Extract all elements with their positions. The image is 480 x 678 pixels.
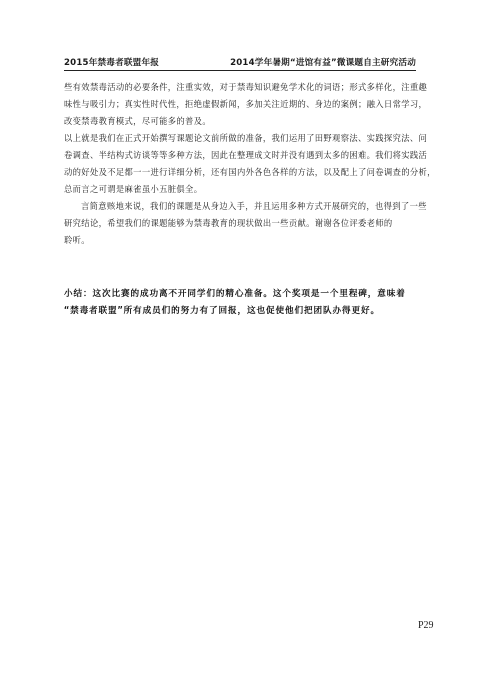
body-line: 以上就是我们在正式开始撰写课题论文前所做的准备，我们运用了田野观察法、实践探究法… xyxy=(64,130,420,147)
document-page: 2015年禁毒者联盟年报 2014学年暑期“进馆有益”微课题自主研究活动 些有效… xyxy=(0,0,480,678)
body-line: 卷调查、半结构式访谈等等多种方法，因此在整理成文时并没有遇到太多的困难。我们将实… xyxy=(64,147,420,164)
body-paragraphs: 些有效禁毒活动的必要条件，注重实效，对于禁毒知识避免学术化的词语；形式多样化，注… xyxy=(64,79,420,249)
body-line: 味性与吸引力；真实性时代性，拒绝虚假新闻，多加关注近期的、身边的案例；融入日常学… xyxy=(64,96,420,113)
summary-paragraph: 小结：这次比赛的成功离不开同学们的精心准备。这个奖项是一个里程碑，意味着 “禁毒… xyxy=(64,286,424,320)
body-line: 些有效禁毒活动的必要条件，注重实效，对于禁毒知识避免学术化的词语；形式多样化，注… xyxy=(64,79,420,96)
body-line: 改变禁毒教育模式，尽可能多的普及。 xyxy=(64,113,420,130)
header-left-title: 2015年禁毒者联盟年报 xyxy=(64,57,159,69)
body-line: 动的好处及不足都一一进行详细分析，还有国内外各色各样的方法，以及配上了问卷调查的… xyxy=(64,164,420,181)
summary-line: “禁毒者联盟”所有成员们的努力有了回报，这也促使他们把团队办得更好。 xyxy=(64,303,424,320)
page-number: P29 xyxy=(418,620,434,631)
header-right-title: 2014学年暑期“进馆有益”微课题自主研究活动 xyxy=(230,57,416,69)
page-header: 2015年禁毒者联盟年报 2014学年暑期“进馆有益”微课题自主研究活动 xyxy=(64,55,416,71)
body-line: 聆听。 xyxy=(64,232,420,249)
body-line: 言简意赅地来说，我们的课题是从身边入手，并且运用多种方式开展研究的，也得到了一些 xyxy=(64,198,420,215)
summary-line: 小结：这次比赛的成功离不开同学们的精心准备。这个奖项是一个里程碑，意味着 xyxy=(64,286,424,303)
body-line: 研究结论，希望我们的课题能够为禁毒教育的现状做出一些贡献。谢谢各位评委老师的 xyxy=(64,215,420,232)
body-line: 总而言之可谓是麻雀虽小五脏俱全。 xyxy=(64,181,420,198)
